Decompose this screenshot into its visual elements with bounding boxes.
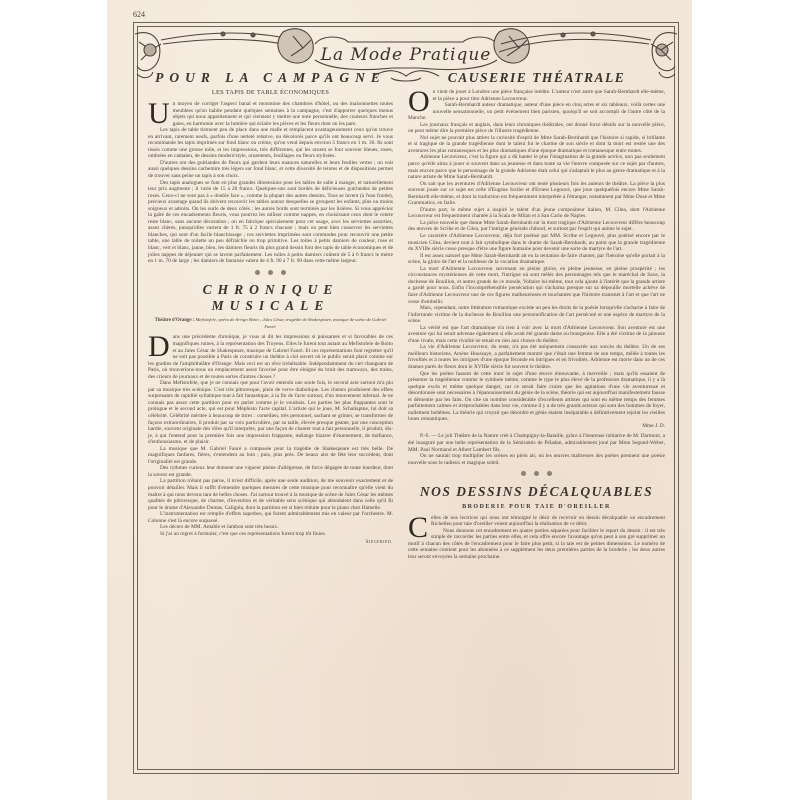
drop-cap: D: [148, 335, 170, 359]
article-subtitle: LES TAPIS DE TABLE ÉCONOMIQUES: [148, 89, 393, 97]
drop-cap: C: [408, 516, 428, 540]
paragraph: Mais, cependant, notre littérature roman…: [408, 305, 665, 325]
article-pour-la-campagne: POUR LA CAMPAGNE LES TAPIS DE TABLE ÉCON…: [148, 70, 393, 265]
paragraph: Dans une précédente chronique, je vous a…: [148, 334, 393, 380]
postscript: On ne saurait trop multiplier les scènes…: [408, 453, 665, 466]
article-title: POUR LA CAMPAGNE: [148, 70, 393, 86]
author-signature: Siegfried.: [148, 540, 393, 547]
paragraph: Sarah-Bernhardt auteur dramatique, auteu…: [408, 102, 665, 122]
paragraph: La vie d'Adrienne Lecouvreur, du reste, …: [408, 344, 665, 370]
paragraph: La partition n'étant pas parue, il m'est…: [148, 478, 393, 511]
article-credits: Théâtre d'Orange : Mefistofele, opéra de…: [148, 317, 393, 329]
paragraph: Des rythmes curieux leur donnent une vig…: [148, 465, 393, 478]
paragraph: Adrienne Lecouvreur, c'est la figure qui…: [408, 154, 665, 180]
paragraph: Si j'ai un regret à formuler, c'est que …: [148, 531, 393, 538]
paragraph: Celles de nos lectrices qui nous ont tém…: [408, 515, 665, 528]
article-nos-dessins-decalquables: NOS DESSINS DÉCALQUABLES BRODERIE POUR T…: [408, 484, 665, 561]
right-column: CAUSERIE THÉATRALE On vient de jouer à L…: [408, 70, 665, 561]
article-title: CAUSERIE THÉATRALE: [408, 70, 665, 86]
paragraph: Il est assez naturel que Mme Sarah-Bernh…: [408, 253, 665, 266]
article-title: NOS DESSINS DÉCALQUABLES: [408, 484, 665, 500]
postscript: P.-S. — Le joli Théâtre de la Nature cré…: [408, 433, 665, 453]
masthead-title: La Mode Pratique: [133, 45, 679, 65]
paragraph: Nous donnons cet encadrement en quatre p…: [408, 528, 665, 561]
paragraph: Un moyen de corriger l'aspect banal et m…: [148, 101, 393, 127]
paragraph: On sait que les aventures d'Adrienne Lec…: [408, 181, 665, 207]
left-column: POUR LA CAMPAGNE LES TAPIS DE TABLE ÉCON…: [148, 70, 393, 547]
article-title: CHRONIQUE MUSICALE: [148, 282, 393, 314]
paragraph: La mort d'Adrienne Lecouvreur survenant …: [408, 266, 665, 305]
paragraph: Les tapis de table tiennent peu de place…: [148, 127, 393, 160]
paragraph: D'autres ont des guirlandes de fleurs qu…: [148, 160, 393, 180]
article-chronique-musicale: CHRONIQUE MUSICALE Théâtre d'Orange : Me…: [148, 282, 393, 547]
drop-cap: O: [408, 90, 430, 114]
paragraph: Nul sujet ne pouvait plus attirer la cur…: [408, 135, 665, 155]
section-divider: [408, 471, 665, 480]
paragraph: D'autre part, le même sujet a inspiré le…: [408, 207, 665, 220]
paragraph: Dans Mefistofele, que je ne connais que …: [148, 380, 393, 445]
paragraph: Les journaux français et anglais, dans l…: [408, 122, 665, 135]
paragraph: On vient de jouer à Londres une pièce fr…: [408, 89, 665, 102]
article-subtitle: BRODERIE POUR TAIE D'OREILLER: [408, 503, 665, 511]
paragraph: Des tapis analogues se font en plus gran…: [148, 180, 393, 265]
paragraph: La musique que M. Gabriel Fauré a compos…: [148, 446, 393, 466]
drop-cap: U: [148, 102, 170, 126]
paragraph: Que les poètes fassent de cette mort le …: [408, 371, 665, 423]
page-number: 624: [133, 10, 145, 19]
paragraph: Le caractère d'Adrienne Lecouvreur, déjà…: [408, 233, 665, 253]
section-divider: [148, 270, 393, 279]
paragraph: La pièce nouvelle que donne Mme Sarah-Be…: [408, 220, 665, 233]
author-signature: Mme J. D.: [408, 423, 665, 430]
paragraph: La vérité est que l'art dramatique n'a r…: [408, 325, 665, 345]
article-causerie-theatrale: CAUSERIE THÉATRALE On vient de jouer à L…: [408, 70, 665, 466]
paragraph: L'instrumentation est remplie d'effets s…: [148, 511, 393, 524]
